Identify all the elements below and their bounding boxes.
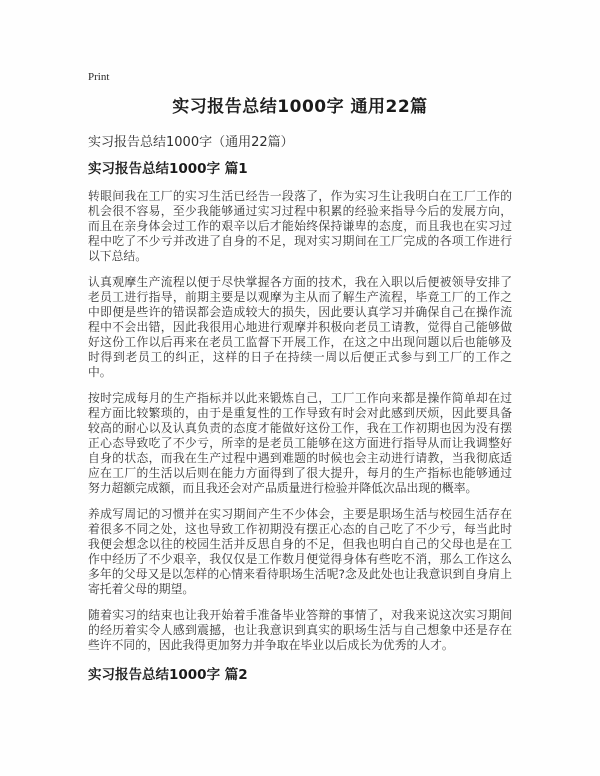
document-subtitle: 实习报告总结1000字（通用22篇）	[88, 135, 512, 151]
paragraph-4: 养成写周记的习惯并在实习期间产生不少体会，主要是职场生活与校园生活存在着很多不同…	[88, 507, 512, 597]
paragraph-5: 随着实习的结束也让我开始着手准备毕业答辩的事情了，对我来说这次实习期间的经历着实…	[88, 608, 512, 653]
page-title: 实习报告总结1000字 通用22篇	[88, 97, 512, 118]
document-page: Print 实习报告总结1000字 通用22篇 实习报告总结1000字（通用22…	[0, 0, 600, 776]
section-heading-2: 实习报告总结1000字 篇2	[88, 667, 512, 684]
document-content: 实习报告总结1000字 通用22篇 实习报告总结1000字（通用22篇） 实习报…	[88, 0, 512, 684]
section-heading-1: 实习报告总结1000字 篇1	[88, 161, 512, 178]
paragraph-3: 按时完成每月的生产指标并以此来锻炼自己，工厂工作向来都是操作简单却在过程方面比较…	[88, 391, 512, 496]
paragraph-1: 转眼间我在工厂的实习生活已经告一段落了，作为实习生让我明白在工厂工作的机会很不容…	[88, 189, 512, 264]
paragraph-2: 认真观摩生产流程以便于尽快掌握各方面的技术，我在入职以后便被领导安排了老员工进行…	[88, 275, 512, 380]
